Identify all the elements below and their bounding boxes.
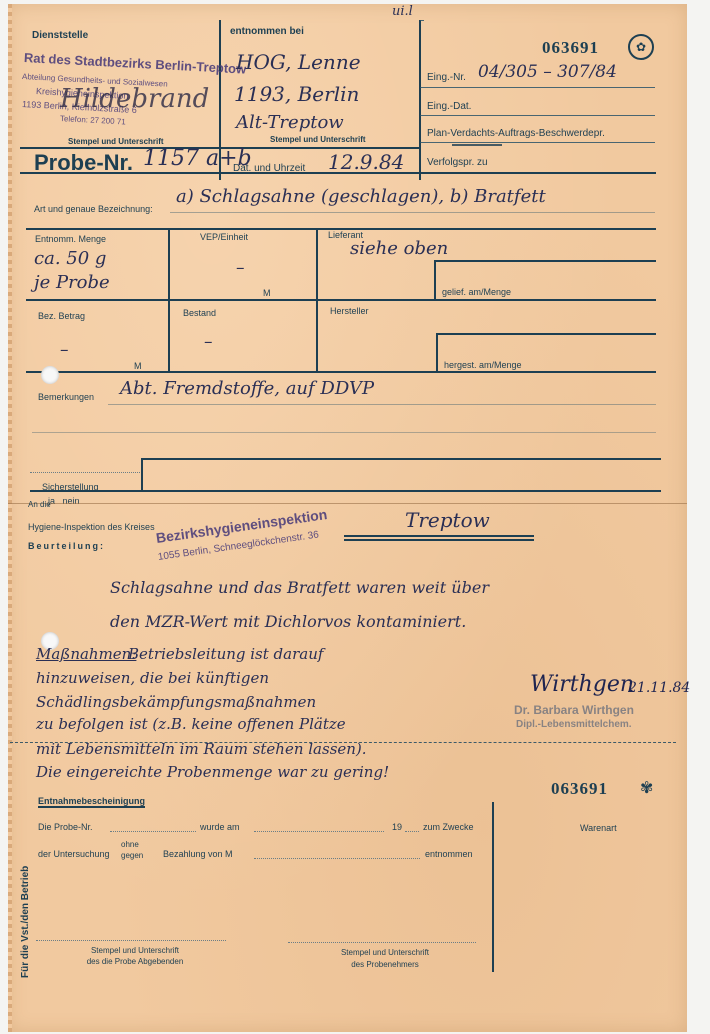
massnahmen-line-1: Betriebsleitung ist darauf <box>128 645 323 663</box>
sicherstellung-box-top <box>141 458 661 460</box>
entnahme-line2-part3: entnommen <box>425 849 473 859</box>
probe-type-label: Plan-Verdachts-Auftrags-Beschwerdepr. <box>427 128 605 139</box>
perforated-edge <box>8 4 12 1032</box>
gelief-box-left <box>434 260 436 300</box>
warenart-label: Warenart <box>580 823 617 833</box>
kreis-value: Treptow <box>405 508 490 532</box>
kreis-underline-2 <box>344 539 534 541</box>
signature-date: 21.11.84 <box>628 680 690 696</box>
entnommen-bei-line3: Alt-Treptow <box>236 112 344 133</box>
punch-hole-1 <box>41 366 59 384</box>
massnahmen-line-6: Die eingereichte Probenmenge war zu geri… <box>36 763 389 781</box>
dienststelle-label: Dienststelle <box>32 30 88 41</box>
sig-left-line1: Stempel und Unterschrift <box>60 946 210 955</box>
header-divider-2 <box>419 20 421 180</box>
serial-number-bottom: 063691 <box>551 779 608 799</box>
side-label: Für die Vst./den Betrieb <box>20 866 31 978</box>
verfolgspr-label: Verfolgspr. zu <box>427 157 488 168</box>
entnommen-bei-line2: 1193, Berlin <box>234 82 359 106</box>
an-die-label: An die <box>28 500 51 509</box>
kreis-underline-1 <box>344 535 534 537</box>
art-value: a) Schlagsahne (geschlagen), b) Bratfett <box>176 186 546 207</box>
entnahme-line1-part4: zum Zwecke <box>423 822 474 832</box>
massnahmen-label: Maßnahmen: <box>36 645 136 663</box>
hergest-label: hergest. am/Menge <box>444 360 522 370</box>
entnahme-line1-part2: wurde am <box>200 822 240 832</box>
stempel-label-left: Stempel und Unterschrift <box>68 137 164 146</box>
art-label: Art und genaue Bezeichnung: <box>34 204 153 214</box>
gelief-label: gelief. am/Menge <box>442 287 511 297</box>
signer-stamp-line1: Dr. Barbara Wirthgen <box>514 703 634 717</box>
hersteller-label: Hersteller <box>330 306 369 316</box>
massnahmen-line-3: Schädlingsbekämpfungsmaßnahmen <box>36 693 316 711</box>
publisher-logo-icon: ✿ <box>628 34 654 60</box>
grid-bottom-rule <box>26 371 656 373</box>
sicherstellung-box-bottom <box>30 490 661 492</box>
vep-value: – <box>236 258 245 278</box>
gelief-box-top <box>434 260 656 262</box>
stempel-label-right: Stempel und Unterschrift <box>270 135 366 144</box>
bez-betrag-unit: M <box>134 361 142 371</box>
massnahmen-line-2: hinzuweisen, die bei künftigen <box>36 669 269 687</box>
hergest-box-left <box>436 333 438 372</box>
bez-betrag-value: – <box>60 340 69 360</box>
perforation-line <box>10 742 676 743</box>
entnahme-line1-part3: 19 <box>392 822 402 832</box>
signer-stamp-line2: Dipl.-Lebensmittelchem. <box>516 719 632 730</box>
probe-nr-label: Probe-Nr. <box>34 150 133 176</box>
vep-unit: M <box>263 288 271 298</box>
eing-dat-label: Eing.-Dat. <box>427 101 471 112</box>
entnommen-bei-line1: HOG, Lenne <box>236 50 361 74</box>
bestand-value: – <box>204 332 213 352</box>
massnahmen-line-4: zu befolgen ist (z.B. keine offenen Plät… <box>36 715 346 733</box>
serial-number: 063691 <box>542 38 599 58</box>
hergest-box-top <box>436 333 656 335</box>
sig-right-line1: Stempel und Unterschrift <box>310 948 460 957</box>
entnahme-line1-part1: Die Probe-Nr. <box>38 822 93 832</box>
entnahmebescheinigung-title: Entnahmebescheinigung <box>38 796 145 808</box>
datetime-value: 12.9.84 <box>328 150 404 174</box>
entnahme-line2-part2: Bezahlung von M <box>163 849 233 859</box>
lieferant-value: siehe oben <box>350 238 448 259</box>
grid-mid-rule <box>26 299 656 301</box>
eing-nr-label: Eing.-Nr. <box>427 72 466 83</box>
sicherstellung-box-left <box>141 458 143 490</box>
sig-left-line2: des die Probe Abgebenden <box>60 957 210 966</box>
hygiene-inspektion-label: Hygiene-Inspektion des Kreises <box>28 522 155 532</box>
signer-signature: Wirthgen <box>530 672 634 697</box>
sicherstellung-options[interactable]: ja nein <box>48 496 80 506</box>
sig-right-line2: des Probenehmers <box>310 960 460 969</box>
vep-label: VEP/Einheit <box>200 232 248 242</box>
bez-betrag-label: Bez. Betrag <box>38 311 85 321</box>
entnahme-ohne[interactable]: ohne <box>121 840 139 849</box>
entnomm-menge-value-1: ca. 50 g <box>34 248 106 269</box>
corner-note: ui.l <box>392 4 413 19</box>
fold-line <box>8 503 687 504</box>
publisher-logo-small-icon: ✾ <box>640 778 653 797</box>
beurteilung-text-line-1: Schlagsahne und das Bratfett waren weit … <box>110 578 489 597</box>
bestand-label: Bestand <box>183 308 216 318</box>
entnahme-line2-part1: der Untersuchung <box>38 849 110 859</box>
eing-nr-value: 04/305 – 307/84 <box>478 62 617 82</box>
entnomm-menge-value-2: je Probe <box>34 272 110 293</box>
entnommen-bei-label: entnommen bei <box>230 26 304 37</box>
dienststelle-signature: Hildebrand <box>60 84 209 114</box>
datetime-label: Dat. und Uhrzeit <box>233 163 305 174</box>
beurteilung-label: Beurteilung: <box>28 541 105 551</box>
beurteilung-text-line-2: den MZR-Wert mit Dichlorvos kontaminiert… <box>110 612 466 631</box>
bottom-divider <box>492 802 494 972</box>
bemerkungen-label: Bemerkungen <box>38 392 94 402</box>
entnahme-gegen[interactable]: gegen <box>121 851 143 860</box>
entnomm-menge-label: Entnomm. Menge <box>35 234 106 244</box>
probe-type-underline <box>452 144 502 146</box>
bemerkungen-value: Abt. Fremdstoffe, auf DDVP <box>120 378 374 399</box>
